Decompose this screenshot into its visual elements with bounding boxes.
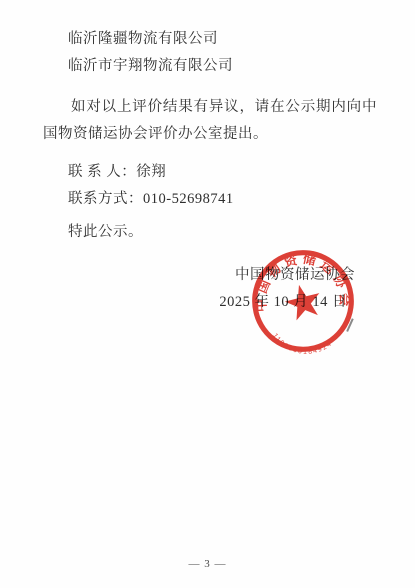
- notice-document-page: 临沂隆疆物流有限公司 临沂市宇翔物流有限公司 如对以上评价结果有异议，请在公示期…: [0, 0, 415, 588]
- svg-text:1100000184924: 1100000184924: [271, 320, 335, 356]
- closing-statement: 特此公示。: [68, 219, 143, 246]
- contact-person-value: 徐翔: [136, 164, 166, 180]
- svg-text:中国物资储运协会: 中国物资储运协会: [249, 246, 357, 333]
- seal-arc-text: 中国物资储运协会: [249, 246, 357, 333]
- contact-method-value: 010-52698741: [143, 191, 234, 207]
- contact-person-line: 联 系 人：徐翔: [68, 159, 234, 186]
- recipient-company: 临沂隆疆物流有限公司: [68, 26, 233, 53]
- contact-method-label: 联系方式：: [68, 191, 143, 207]
- contact-person-label: 联 系 人：: [68, 164, 136, 180]
- contact-block: 联 系 人：徐翔 联系方式：010-52698741: [68, 159, 234, 213]
- seal-code-text: 1100000184924: [271, 320, 335, 356]
- recipient-company: 临沂市宇翔物流有限公司: [68, 53, 233, 80]
- seal-star-icon: [282, 281, 325, 322]
- page-number: — 3 —: [0, 558, 415, 570]
- recipient-list: 临沂隆疆物流有限公司 临沂市宇翔物流有限公司: [68, 26, 233, 80]
- objection-notice-paragraph: 如对以上评价结果有异议，请在公示期内向中国物资储运协会评价办公室提出。: [43, 94, 377, 148]
- official-red-seal: 中国物资储运协会 1100000184924: [249, 246, 357, 356]
- contact-method-line: 联系方式：010-52698741: [68, 186, 234, 213]
